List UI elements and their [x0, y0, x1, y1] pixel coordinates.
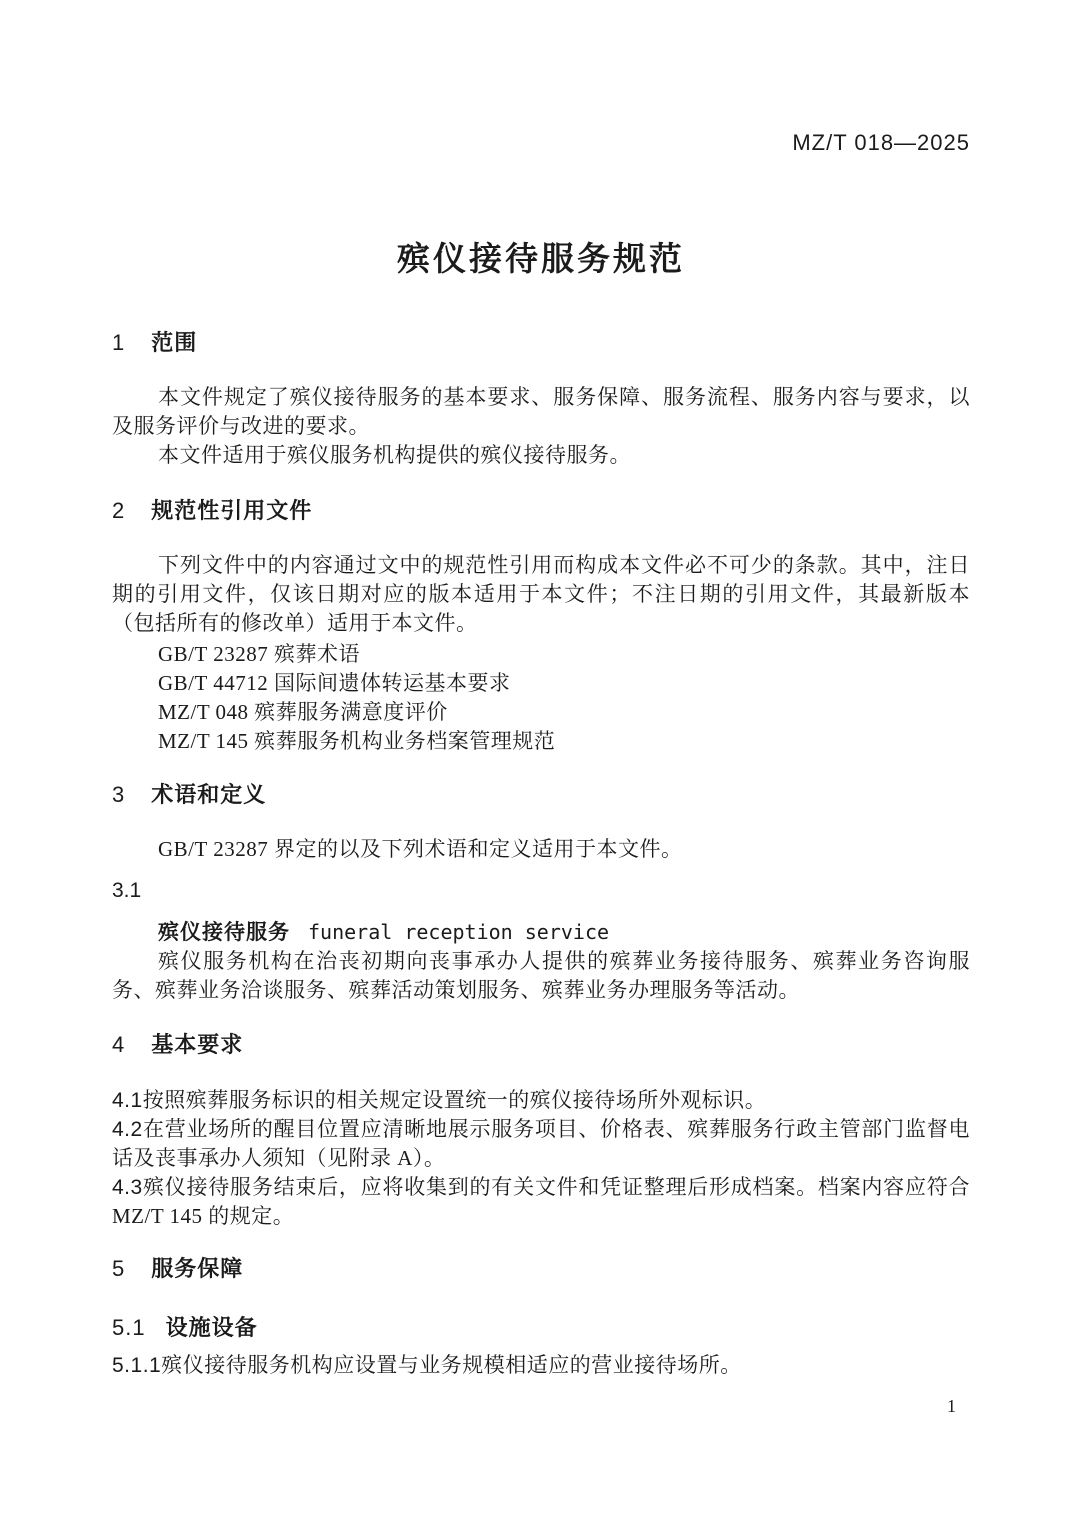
section-5-1-number: 5.1 — [112, 1313, 146, 1343]
document-page: MZ/T 018—2025 殡仪接待服务规范 1范围 本文件规定了殡仪接待服务的… — [0, 0, 1074, 1520]
page-number: 1 — [947, 1396, 956, 1416]
reference-item: MZ/T 048 殡葬服务满意度评价 — [112, 698, 970, 727]
section-5-1-title: 设施设备 — [166, 1315, 258, 1340]
section-1-heading: 1范围 — [112, 328, 970, 358]
clause-text: 殡仪接待服务结束后，应将收集到的有关文件和凭证整理后形成档案。档案内容应符合 M… — [112, 1175, 970, 1228]
reference-list: GB/T 23287 殡葬术语 GB/T 44712 国际间遗体转运基本要求 M… — [112, 640, 970, 756]
section-1-number: 1 — [112, 328, 125, 358]
section-5-heading: 5服务保障 — [112, 1254, 970, 1284]
section-3-title: 术语和定义 — [151, 782, 266, 807]
clause-number: 4.1 — [112, 1089, 143, 1112]
clause-4-2: 4.2在营业场所的醒目位置应清晰地展示服务项目、价格表、殡葬服务行政主管部门监督… — [112, 1115, 970, 1173]
section-5-1-heading: 5.1设施设备 — [112, 1313, 970, 1343]
term-name-zh: 殡仪接待服务 — [158, 921, 290, 944]
clause-4-1: 4.1按照殡葬服务标识的相关规定设置统一的殡仪接待场所外观标识。 — [112, 1086, 970, 1115]
section-3-number: 3 — [112, 780, 125, 810]
term-entry-number: 3.1 — [112, 878, 970, 904]
document-title: 殡仪接待服务规范 — [112, 236, 970, 282]
section-5-title: 服务保障 — [151, 1256, 243, 1281]
section-3-heading: 3术语和定义 — [112, 780, 970, 810]
reference-item: GB/T 44712 国际间遗体转运基本要求 — [112, 669, 970, 698]
clause-text: 在营业场所的醒目位置应清晰地展示服务项目、价格表、殡葬服务行政主管部门监督电话及… — [112, 1117, 970, 1170]
scope-paragraph-2: 本文件适用于殡仪服务机构提供的殡仪接待服务。 — [112, 441, 970, 470]
reference-item: MZ/T 145 殡葬服务机构业务档案管理规范 — [112, 727, 970, 756]
clause-4-3: 4.3殡仪接待服务结束后，应将收集到的有关文件和凭证整理后形成档案。档案内容应符… — [112, 1173, 970, 1231]
normative-references-intro: 下列文件中的内容通过文中的规范性引用而构成本文件必不可少的条款。其中，注日期的引… — [112, 551, 970, 638]
term-entry: 殡仪接待服务funeral reception service — [112, 918, 970, 947]
clause-text: 按照殡葬服务标识的相关规定设置统一的殡仪接待场所外观标识。 — [143, 1088, 767, 1112]
section-4-title: 基本要求 — [151, 1032, 243, 1057]
section-1-title: 范围 — [151, 330, 197, 355]
terms-intro: GB/T 23287 界定的以及下列术语和定义适用于本文件。 — [112, 835, 970, 864]
section-2-number: 2 — [112, 496, 125, 526]
scope-paragraph-1: 本文件规定了殡仪接待服务的基本要求、服务保障、服务流程、服务内容与要求，以及服务… — [112, 383, 970, 441]
clause-number: 4.2 — [112, 1118, 143, 1141]
clause-number: 5.1.1 — [112, 1354, 161, 1377]
term-definition: 殡仪服务机构在治丧初期向丧事承办人提供的殡葬业务接待服务、殡葬业务咨询服务、殡葬… — [112, 947, 970, 1005]
section-2-heading: 2规范性引用文件 — [112, 496, 970, 526]
reference-item: GB/T 23287 殡葬术语 — [112, 640, 970, 669]
clause-5-1-1: 5.1.1殡仪接待服务机构应设置与业务规模相适应的营业接待场所。 — [112, 1351, 970, 1380]
section-5-number: 5 — [112, 1254, 125, 1284]
section-4-heading: 4基本要求 — [112, 1030, 970, 1060]
term-name-en: funeral reception service — [308, 920, 609, 944]
section-2-title: 规范性引用文件 — [151, 498, 312, 523]
clause-text: 殡仪接待服务机构应设置与业务规模相适应的营业接待场所。 — [161, 1353, 742, 1377]
standard-number: MZ/T 018—2025 — [112, 0, 970, 156]
section-4-number: 4 — [112, 1030, 125, 1060]
clause-number: 4.3 — [112, 1176, 143, 1199]
